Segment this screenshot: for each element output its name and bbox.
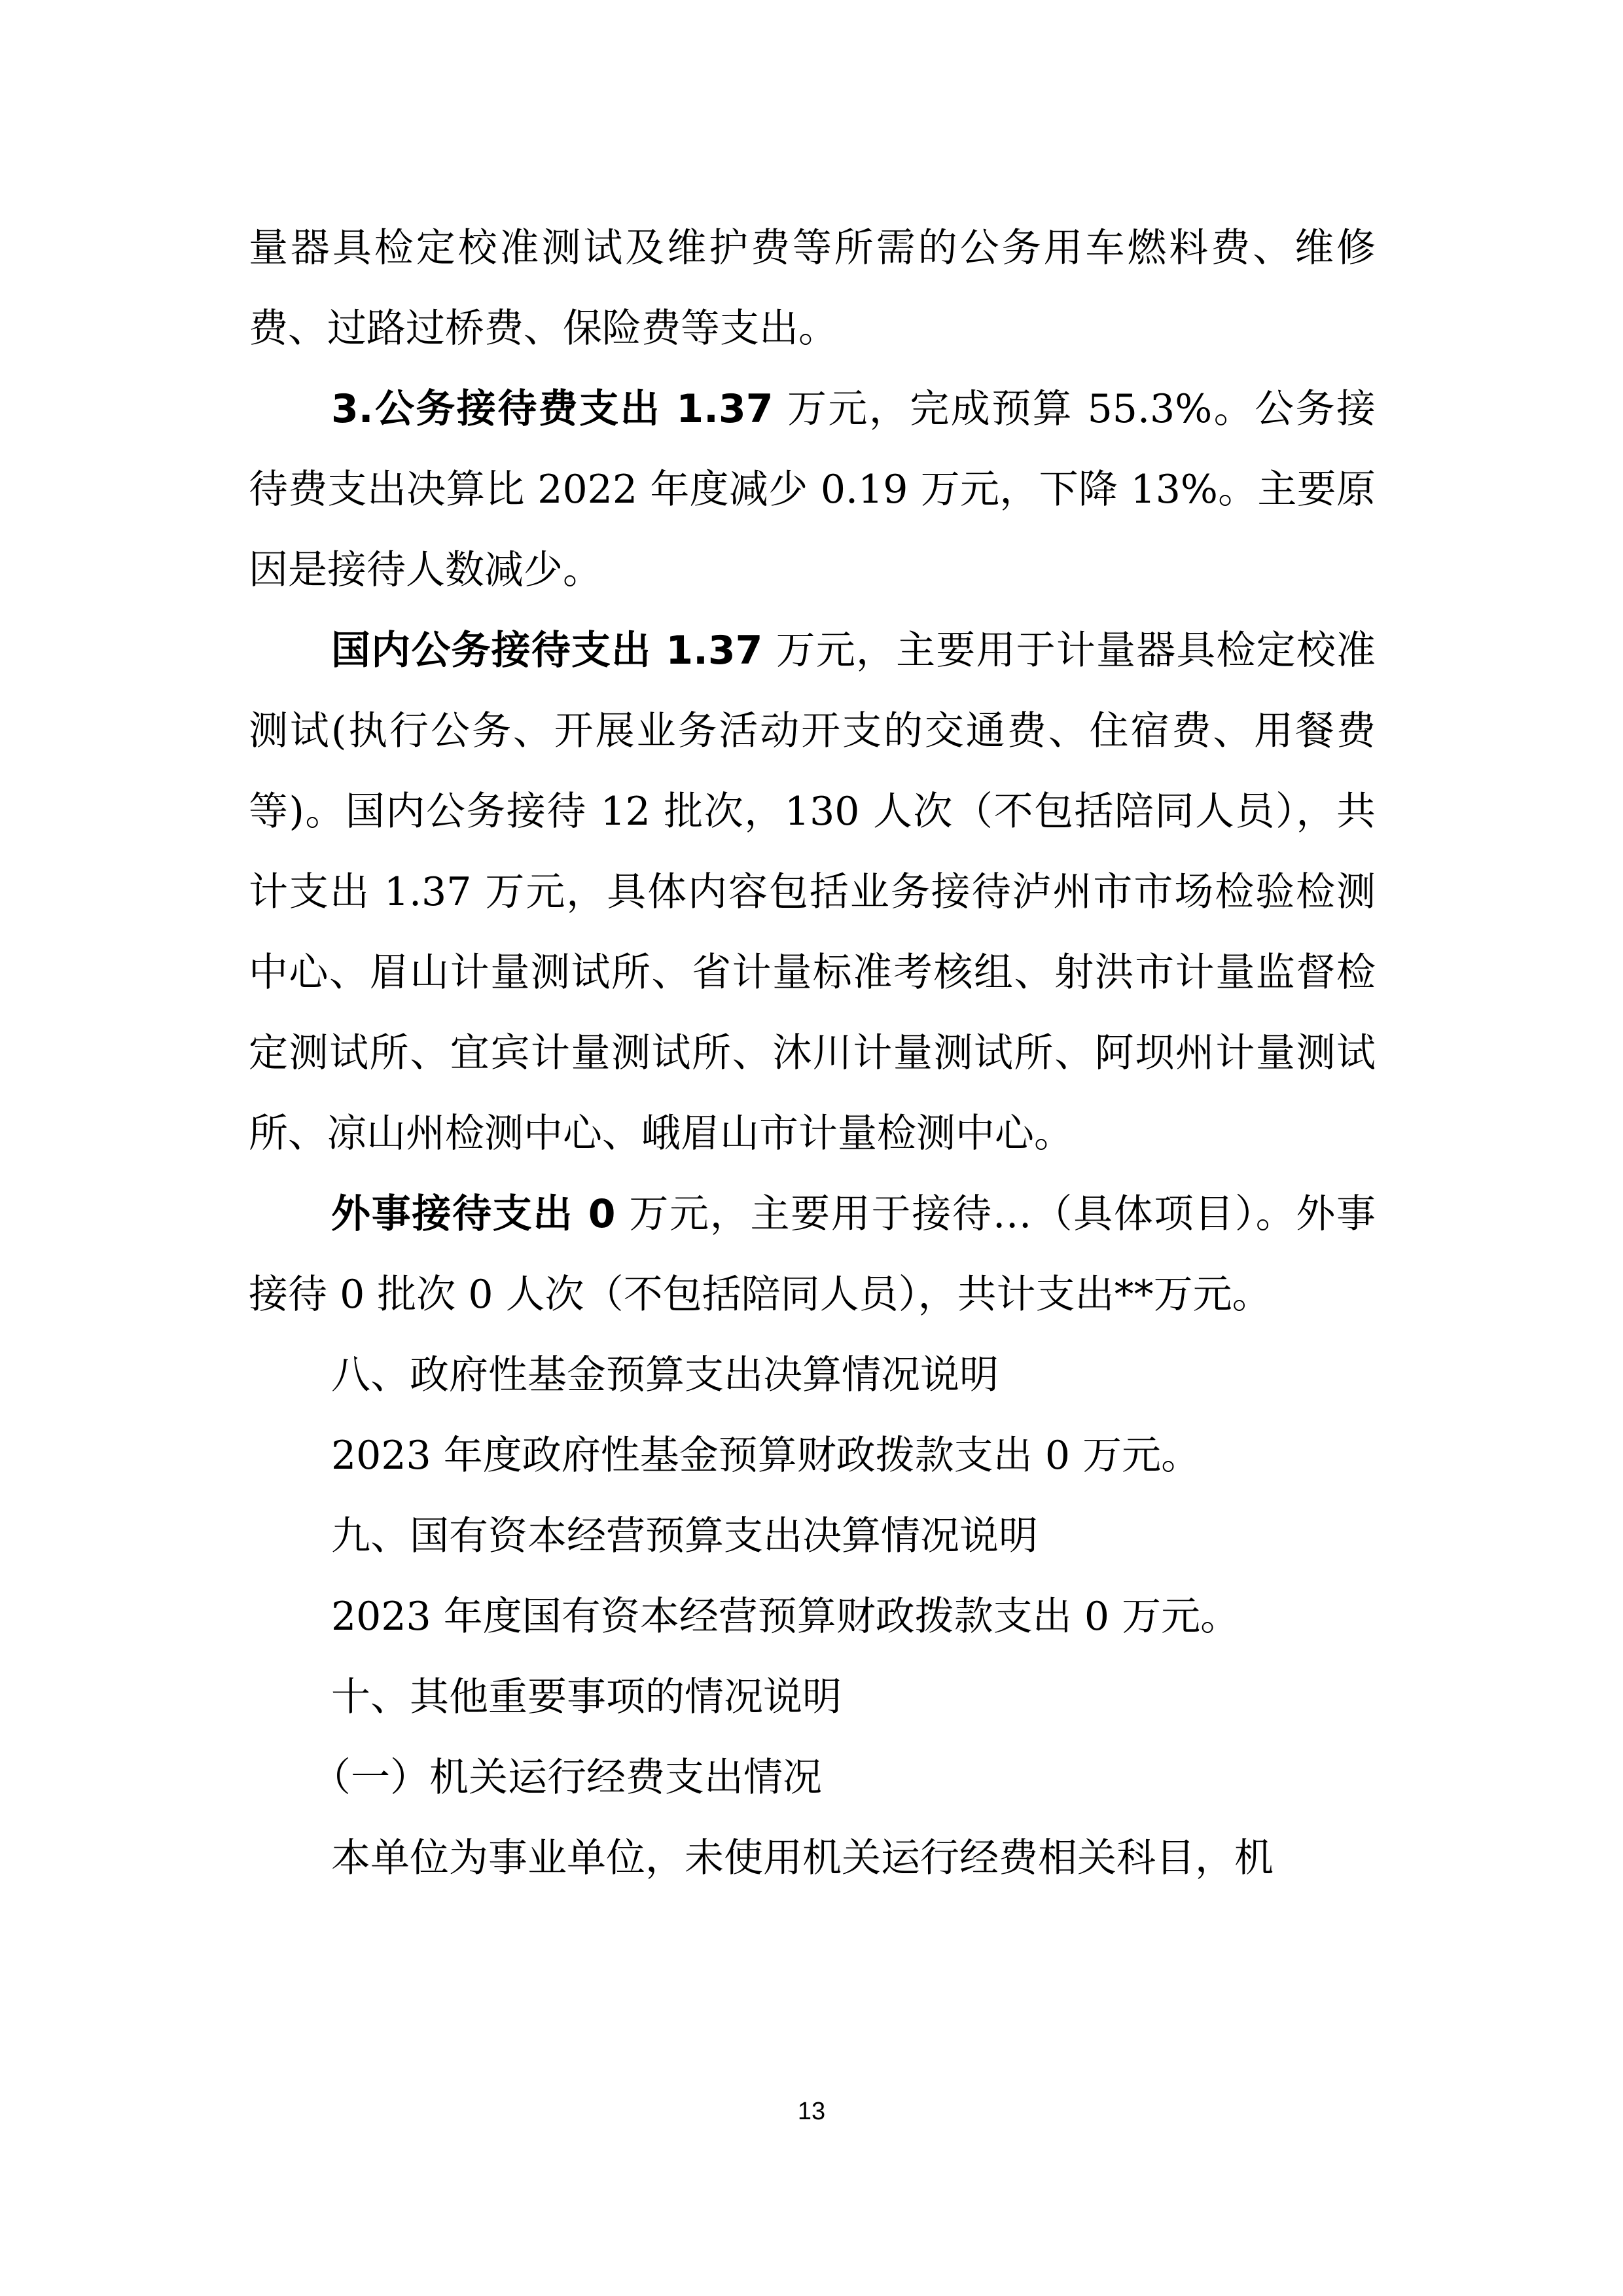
section-10-subheading-1: （一）机关运行经费支出情况 — [249, 1738, 1376, 1818]
reception-expenses-lead: 3.公务接待费支出 1.37 — [331, 386, 773, 432]
domestic-reception-text: 万元，主要用于计量器具检定校准测试(执行公务、开展业务活动开支的交通费、住宿费、… — [249, 628, 1376, 1157]
section-9-heading: 九、国有资本经营预算支出决算情况说明 — [249, 1496, 1376, 1577]
paragraph-vehicle-expenses: 量器具检定校准测试及维护费等所需的公务用车燃料费、维修费、过路过桥费、保险费等支… — [249, 208, 1376, 369]
paragraph-foreign-reception: 外事接待支出 0 万元，主要用于接待…（具体项目）。外事接待 0 批次 0 人次… — [249, 1174, 1376, 1335]
paragraph-reception-expenses: 3.公务接待费支出 1.37 万元，完成预算 55.3%。公务接待费支出决算比 … — [249, 369, 1376, 611]
paragraph-domestic-reception: 国内公务接待支出 1.37 万元，主要用于计量器具检定校准测试(执行公务、开展业… — [249, 611, 1376, 1174]
section-10-sub1-body: 本单位为事业单位，未使用机关运行经费相关科目，机 — [249, 1818, 1376, 1899]
domestic-reception-lead: 国内公务接待支出 1.37 — [331, 628, 762, 673]
section-8-heading: 八、政府性基金预算支出决算情况说明 — [249, 1335, 1376, 1416]
section-8-body: 2023 年度政府性基金预算财政拨款支出 0 万元。 — [249, 1416, 1376, 1496]
page-number: 13 — [0, 2098, 1623, 2126]
foreign-reception-lead: 外事接待支出 0 — [331, 1191, 616, 1237]
document-page: 量器具检定校准测试及维护费等所需的公务用车燃料费、维修费、过路过桥费、保险费等支… — [249, 208, 1376, 1899]
section-10-heading: 十、其他重要事项的情况说明 — [249, 1657, 1376, 1738]
section-9-body: 2023 年度国有资本经营预算财政拨款支出 0 万元。 — [249, 1577, 1376, 1657]
